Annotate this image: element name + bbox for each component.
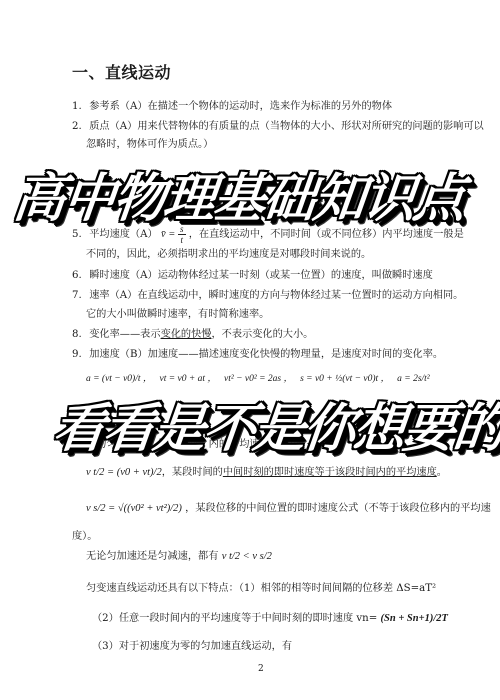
- list-item: 6. 瞬时速度（A）运动物体经过某一时刻（或某一位置）的速度，叫做瞬时速度: [72, 269, 433, 283]
- page-number: 2: [258, 664, 264, 674]
- mid-position-velocity-line: v s/2 = √((v0² + vt²)/2) ，某段位移的中间位置的即时速度…: [86, 502, 491, 516]
- overlay-title-primary: 高中物理基础知识点: [10, 156, 468, 231]
- compare-line: 无论匀加速还是匀减速，都有 v t/2 < v s/2: [86, 550, 272, 564]
- mid-position-continuation: 度）。: [72, 530, 97, 544]
- mid-time-velocity-line: v t/2 = (v0 + vt)/2，某段时间的中间时刻的即时速度等于该段时间…: [86, 466, 447, 480]
- kinematics-formulas-row: a = (vt − v0)/t ， vt = v0 + at ， vt² − v…: [86, 372, 430, 386]
- list-item-continuation: 忽略时，物体可作为质点。）: [86, 138, 213, 152]
- document-page: 一、直线运动 1. 参考系（A）在描述一个物体的运动时，选来作为标准的另外的物体…: [0, 0, 500, 700]
- list-item: 8. 变化率——表示变化的快慢，不表示变化的大小。: [72, 328, 313, 342]
- list-item: 7. 速率（A）在直线运动中，瞬时速度的方向与物体经过某一位置时的运动方向相同。: [72, 289, 463, 303]
- feature-3-line: （3）对于初速度为零的匀加速直线运动，有: [92, 640, 292, 654]
- feature-2-line: （2）任意一段时间内的平均速度等于中间时刻的即时速度 vn= (Sn + Sn+…: [92, 612, 448, 626]
- list-item-continuation: 它的大小叫做瞬时速率，有时简称速率。: [86, 308, 269, 322]
- list-item-continuation: 不同的，因此，必须指明求出的平均速度是对哪段时间来说的。: [86, 248, 371, 262]
- list-item: 1. 参考系（A）在描述一个物体的运动时，选来作为标准的另外的物体: [72, 100, 392, 114]
- section-title: 一、直线运动: [72, 60, 171, 83]
- list-item: 9. 加速度（B）加速度——描述速度变化快慢的物理量，是速度对时间的变化率。: [72, 348, 443, 362]
- features-line: 匀变速直线运动还具有以下特点：（1）相邻的相等时间间隔的位移差 ΔS=aT²: [86, 582, 436, 596]
- list-item: 2. 质点（A）用来代替物体的有质量的点（当物体的大小、形状对所研究的问题的影响…: [72, 120, 484, 134]
- overlay-title-secondary: 看看是不是你想要的: [50, 386, 500, 461]
